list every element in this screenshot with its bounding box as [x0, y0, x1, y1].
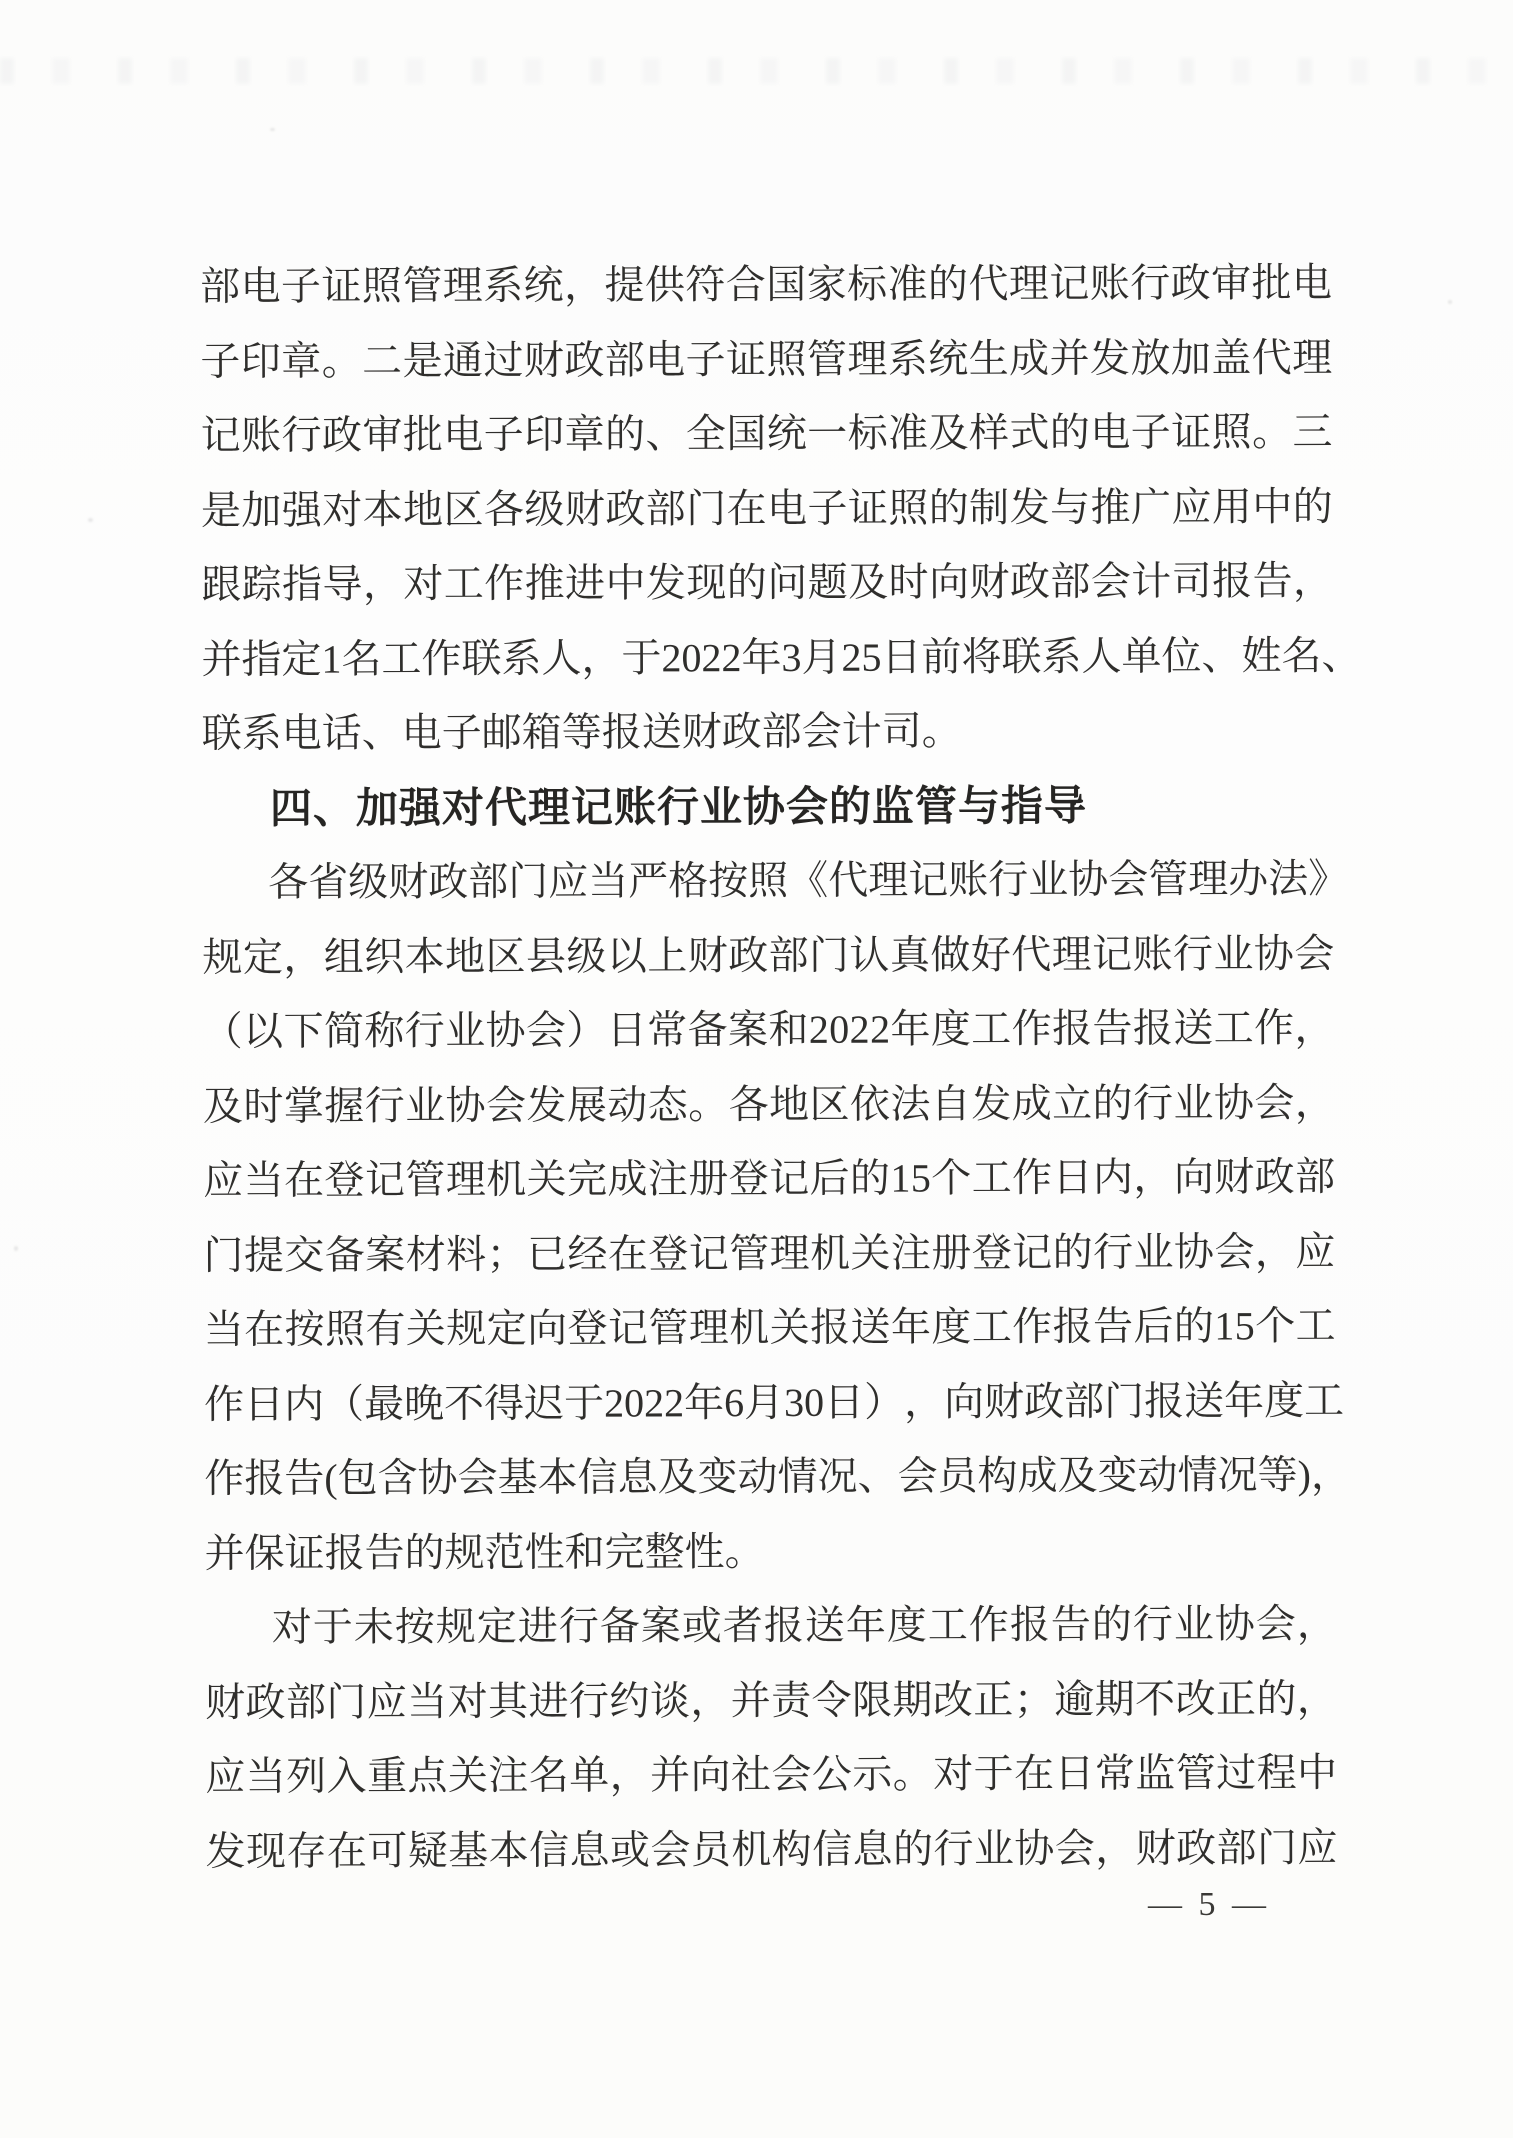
text-line: 并保证报告的规范性和完整性。 — [204, 1513, 1336, 1591]
text-line: 当在按照有关规定向登记管理机关报送年度工作报告后的15个工 — [204, 1289, 1336, 1367]
scan-speck — [270, 128, 275, 131]
scan-speck — [88, 518, 93, 522]
text-line: 子印章。二是通过财政部电子证照管理系统生成并发放加盖代理 — [200, 321, 1332, 399]
text-line: 及时掌握行业协会发展动态。各地区依法自发成立的行业协会， — [203, 1066, 1335, 1144]
text-line: 应当在登记管理机关完成注册登记后的15个工作日内，向财政部 — [203, 1140, 1335, 1218]
text-line: 发现存在可疑基本信息或会员机构信息的行业协会，财政部门应 — [205, 1811, 1337, 1889]
text-line: （以下简称行业协会）日常备案和2022年度工作报告报送工作， — [203, 991, 1335, 1069]
text-line: 部电子证照管理系统，提供符合国家标准的代理记账行政审批电 — [200, 246, 1332, 324]
text-line: 规定，组织本地区县级以上财政部门认真做好代理记账行业协会 — [202, 917, 1334, 995]
text-line: 跟踪指导，对工作推进中发现的问题及时向财政部会计司报告， — [201, 544, 1333, 622]
text-line: 四、加强对代理记账行业协会的监管与指导 — [202, 768, 1334, 846]
text-line: 联系电话、电子邮箱等报送财政部会计司。 — [202, 693, 1334, 771]
text-line: 门提交备案材料；已经在登记管理机关注册登记的行业协会，应 — [203, 1215, 1335, 1293]
text-line: 并指定1名工作联系人，于2022年3月25日前将联系人单位、姓名、 — [201, 619, 1333, 697]
text-line: 应当列入重点关注名单，并向社会公示。对于在日常监管过程中 — [205, 1736, 1337, 1814]
text-line: 是加强对本地区各级财政部门在电子证照的制发与推广应用中的 — [201, 470, 1333, 548]
document-page: 部电子证照管理系统，提供符合国家标准的代理记账行政审批电子印章。二是通过财政部电… — [0, 0, 1513, 2138]
scan-noise-band — [0, 58, 1513, 84]
scan-speck — [14, 1246, 18, 1251]
text-line: 作报告(包含协会基本信息及变动情况、会员构成及变动情况等)， — [204, 1438, 1336, 1516]
scan-speck — [1448, 300, 1452, 304]
text-line: 各省级财政部门应当严格按照《代理记账行业协会管理办法》 — [202, 842, 1334, 920]
text-line: 作日内（最晚不得迟于2022年6月30日），向财政部门报送年度工 — [204, 1364, 1336, 1442]
text-line: 对于未按规定进行备案或者报送年度工作报告的行业协会， — [205, 1587, 1337, 1665]
text-line: 财政部门应当对其进行约谈，并责令限期改正；逾期不改正的， — [205, 1662, 1337, 1740]
text-line: 记账行政审批电子印章的、全国统一标准及样式的电子证照。三 — [201, 395, 1333, 473]
page-number: — 5 — — [1148, 1886, 1270, 1924]
text-block: 部电子证照管理系统，提供符合国家标准的代理记账行政审批电子印章。二是通过财政部电… — [200, 246, 1338, 1889]
